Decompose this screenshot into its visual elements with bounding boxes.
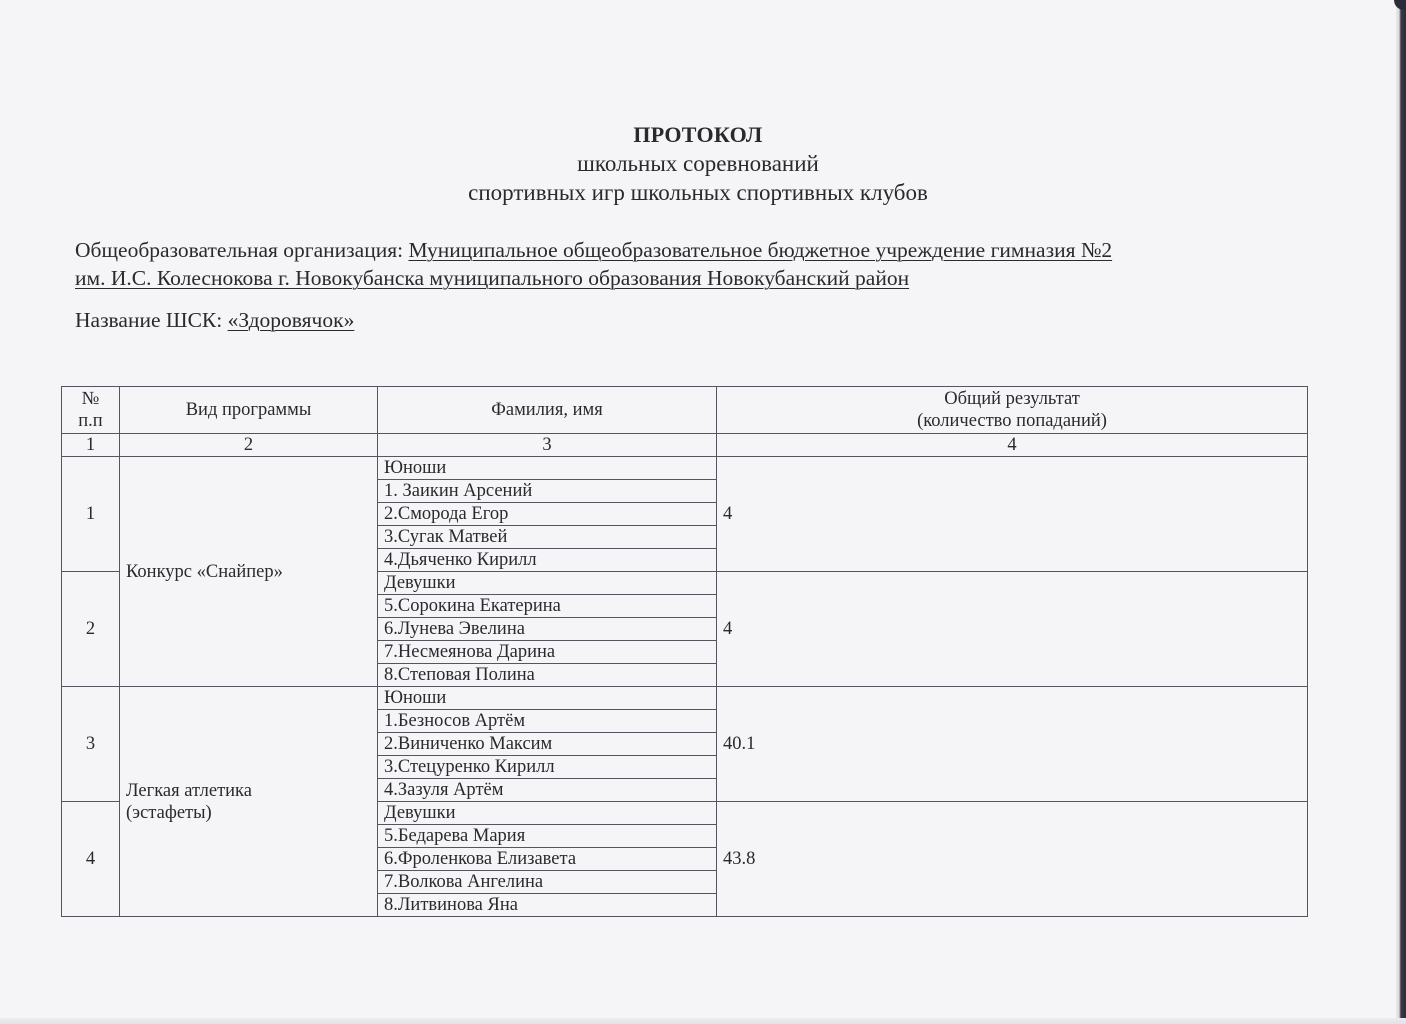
column-number: 3 [378,434,717,457]
organization-name-line2: им. И.С. Колеснокова г. Новокубанска мун… [75,266,909,290]
organization-name-line1: Муниципальное общеобразовательное бюджет… [408,238,1112,262]
participant-name: 5.Сорокина Екатерина [378,595,717,618]
table-row: 3 Легкая атлетика (эстафеты) Юноши 40.1 [62,687,1308,710]
program-name: Конкурс «Снайпер» [120,457,378,687]
document-subtitle-2: спортивных игр школьных спортивных клубо… [0,178,1396,207]
participant-name: 7.Несмеянова Дарина [378,641,717,664]
group-label: Юноши [378,457,717,480]
column-number: 4 [717,434,1308,457]
participant-name: 6.Лунева Эвелина [378,618,717,641]
header-number: № п.п [62,387,120,434]
document-subtitle-1: школьных соревнований [0,149,1396,178]
scanner-edge-bottom [0,1018,1406,1024]
document-title: ПРОТОКОЛ [0,120,1396,149]
club-name: «Здоровячок» [228,308,355,332]
program-name: Легкая атлетика (эстафеты) [120,687,378,917]
participant-name: 2.Виниченко Максим [378,733,717,756]
column-number: 1 [62,434,120,457]
header-name: Фамилия, имя [378,387,717,434]
group-result: 40.1 [717,687,1308,802]
participant-name: 4.Дьяченко Кирилл [378,549,717,572]
group-label: Юноши [378,687,717,710]
participant-name: 2.Сморода Егор [378,503,717,526]
participant-name: 5.Бедарева Мария [378,825,717,848]
column-number-row: 1 2 3 4 [62,434,1308,457]
header-result: Общий результат (количество попаданий) [717,387,1308,434]
organization-label: Общеобразовательная организация: [75,238,408,262]
participant-name: 8.Литвинова Яна [378,894,717,917]
participant-name: 1. Заикин Арсений [378,480,717,503]
table-row: 1 Конкурс «Снайпер» Юноши 4 [62,457,1308,480]
group-label: Девушки [378,802,717,825]
organization-info: Общеобразовательная организация: Муницип… [75,236,1275,292]
row-number: 4 [62,802,120,917]
row-number: 1 [62,457,120,572]
participant-name: 4.Зазуля Артём [378,779,717,802]
participant-name: 8.Степовая Полина [378,664,717,687]
group-result: 43.8 [717,802,1308,917]
row-number: 3 [62,687,120,802]
results-table: № п.п Вид программы Фамилия, имя Общий р… [61,386,1308,917]
participant-name: 7.Волкова Ангелина [378,871,717,894]
document-title-block: ПРОТОКОЛ школьных соревнований спортивны… [0,120,1396,207]
header-program: Вид программы [120,387,378,434]
participant-name: 3.Сугак Матвей [378,526,717,549]
group-label: Девушки [378,572,717,595]
column-number: 2 [120,434,378,457]
group-result: 4 [717,572,1308,687]
group-result: 4 [717,457,1308,572]
participant-name: 3.Стецуренко Кирилл [378,756,717,779]
participant-name: 6.Фроленкова Елизавета [378,848,717,871]
club-label: Название ШСК: [75,308,228,332]
scanner-edge [1396,0,1406,1024]
participant-name: 1.Безносов Артём [378,710,717,733]
row-number: 2 [62,572,120,687]
table-header-row: № п.п Вид программы Фамилия, имя Общий р… [62,387,1308,434]
club-info: Название ШСК: «Здоровячок» [75,306,354,334]
